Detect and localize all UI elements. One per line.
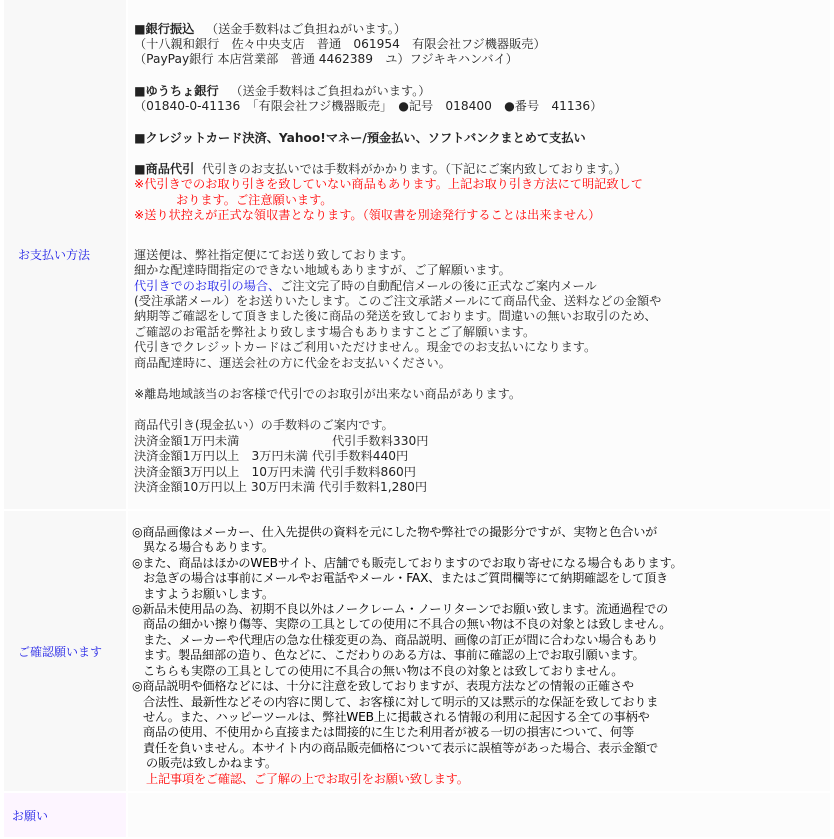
cod-section: ■商品代引 代引きのお支払いでは手数料がかかります。（下記にご案内致しております… <box>134 162 830 224</box>
notice-line: お急ぎの場合は事前にメールやお電話やメール・FAX、またはご質問欄等にて納期確認… <box>132 571 830 586</box>
cod-warning-1: ※代引きでのお取り引きを致していない商品もあります。上記お取り引き方法にて明記致… <box>134 177 830 192</box>
table-row-request: お願い <box>4 793 830 825</box>
postal-bank-note: （送金手数料はご負担ねがいます。） <box>230 84 430 98</box>
notice-line: ますようお願いします。 <box>132 587 830 602</box>
cod-note: 代引きのお支払いでは手数料がかかります。（下記にご案内致しております。） <box>202 162 627 176</box>
cod-warning-1-cont: おります。ご注意願います。 <box>134 193 830 208</box>
shipping-line: 商品配達時に、運送会社の方に代金をお支払いください。 <box>134 356 830 371</box>
postal-account: （01840-0-41136 「有限会社フジ機器販売」 ●記号 018400 ●… <box>134 99 830 114</box>
fee-amount: 代引手数料330円 <box>332 434 428 449</box>
notice-line: ◎新品未使用品の為、初期不良以外はノークレーム・ノーリターンでお願い致します。流… <box>132 602 830 617</box>
shipping-section: 運送便は、弊社指定便にてお送り致しております。 細かな配達時間指定のできない地域… <box>134 248 830 371</box>
notice-line: ◎商品画像はメーカー、仕入先提供の資料を元にした物や弊社での撮影分ですが、実物と… <box>132 525 830 540</box>
notice-line: ます。製品細部の造り、色などに、こだわりのある方は、事前に確認の上でお取引願いま… <box>132 648 830 663</box>
shipping-line: 納期等ご確認をして頂きました後に商品の発送を致しております。間違いの無いお取引の… <box>134 309 830 324</box>
fee-row: 決済金額3万円以上 10万円未満 代引手数料860円 <box>134 465 830 480</box>
fee-row: 決済金額10万円以上 30万円未満 代引手数料1,280円 <box>134 480 830 495</box>
cod-fee-table: 商品代引き(現金払い）の手数料のご案内です。 決済金額1万円未満代引手数料330… <box>134 418 830 495</box>
label-request: お願い <box>4 793 126 825</box>
notice-line: 合法性、最新性などその内容に関して、お客様に対して明示的又は黙示的な保証を致して… <box>132 695 830 710</box>
bank-transfer-section: ■銀行振込 （送金手数料はご負担ねがいます。） （十八親和銀行 佐々中央支店 普… <box>134 22 830 68</box>
fee-row: 決済金額1万円以上 3万円未満 代引手数料440円 <box>134 449 830 464</box>
shipping-line: 細かな配達時間指定のできない地域もありますが、ご了解願います。 <box>134 263 830 278</box>
payment-content: ■銀行振込 （送金手数料はご負担ねがいます。） （十八親和銀行 佐々中央支店 普… <box>128 0 830 509</box>
notice-line: また、メーカーや代理店の急な仕様変更の為、商品説明、画像の訂正が間に合わない場合… <box>132 633 830 648</box>
notice-line: こちらも実際の工具としての使用に不具合の無い物は不良の対象とは致しておりません。 <box>132 664 830 679</box>
fee-range: 決済金額1万円以上 3万円未満 <box>134 449 308 464</box>
notice-line: せん。また、ハッピーツールは、弊社WEB上に掲載される情報の利用に起因する全ての… <box>132 710 830 725</box>
bank-account-1: （十八親和銀行 佐々中央支店 普通 061954 有限会社フジ機器販売） <box>134 37 830 52</box>
shipping-line: ご注文完了時の自動配信メールの後に正式なご案内メール <box>280 279 596 293</box>
postal-bank-title: ■ゆうちょ銀行 <box>134 84 219 98</box>
table-row-payment: お支払い方法 ■銀行振込 （送金手数料はご負担ねがいます。） （十八親和銀行 佐… <box>4 0 830 509</box>
credit-card-title: ■クレジットカード決済、Yahoo!マネー/預金払い、ソフトバンクまとめて支払い <box>134 131 830 146</box>
notice-line: の販売は致しかねます。 <box>132 756 830 771</box>
cod-title: ■商品代引 <box>134 162 194 176</box>
fee-row: 決済金額1万円未満代引手数料330円 <box>134 434 830 449</box>
notice-line: ◎商品説明や価格などには、十分に注意を致しておりますが、表現方法などの情報の正確… <box>132 679 830 694</box>
island-note: ※離島地域該当のお客様で代引でのお取引が出来ない商品があります。 <box>134 387 830 402</box>
shipping-line: ご確認のお電話を弊社より致します場合もありますことご了解願います。 <box>134 325 830 340</box>
shipping-line: 代引きでクレジットカードはご利用いただけません。現金でのお支払いになります。 <box>134 340 830 355</box>
shipping-line: 運送便は、弊社指定便にてお送り致しております。 <box>134 248 830 263</box>
notice-line: ◎また、商品はほかのWEBサイト、店舗でも販売しておりますのでお取り寄せになる場… <box>132 556 830 571</box>
fee-table-title: 商品代引き(現金払い）の手数料のご案内です。 <box>134 418 830 433</box>
fee-range: 決済金額3万円以上 10万円未満 <box>134 465 316 480</box>
fee-range: 決済金額10万円以上 30万円未満 <box>134 480 315 495</box>
request-content <box>128 793 830 825</box>
shipping-line: (受注承諾メール）をお送りいたします。このご注文承諾メールにて商品代金、送料など… <box>134 294 830 309</box>
notice-line: 責任を負いません。本サイト内の商品販売価格について表示に誤植等があった場合、表示… <box>132 741 830 756</box>
cod-link-text: 代引きでのお取引の場合、 <box>134 279 280 293</box>
cod-warning-2: ※送り状控えが正式な領収書となります。（領収書を別途発行することは出来ません） <box>134 208 830 223</box>
postal-bank-section: ■ゆうちょ銀行 （送金手数料はご負担ねがいます。） （01840-0-41136… <box>134 84 830 115</box>
notice-line: 異なる場合もあります。 <box>132 540 830 555</box>
label-please-confirm: ご確認願います <box>4 511 126 791</box>
fee-amount: 代引手数料860円 <box>320 465 416 480</box>
notice-line: 商品の細かい擦り傷等、実際の工具としての使用に不具合の無い物は不良の対象とは致し… <box>132 617 830 632</box>
fee-range: 決済金額1万円未満 <box>134 434 332 449</box>
table-row-confirm: ご確認願います ◎商品画像はメーカー、仕入先提供の資料を元にした物や弊社での撮影… <box>4 511 830 791</box>
bank-account-2: （PayPay銀行 本店営業部 普通 4462389 ユ）フジキキハンバイ） <box>134 52 830 67</box>
info-table: お支払い方法 ■銀行振込 （送金手数料はご負担ねがいます。） （十八親和銀行 佐… <box>2 0 832 825</box>
bank-transfer-note: （送金手数料はご負担ねがいます。） <box>206 22 406 36</box>
fee-amount: 代引手数料440円 <box>312 449 408 464</box>
fee-amount: 代引手数料1,280円 <box>319 480 427 495</box>
confirm-content: ◎商品画像はメーカー、仕入先提供の資料を元にした物や弊社での撮影分ですが、実物と… <box>128 511 830 791</box>
bank-transfer-title: ■銀行振込 <box>134 22 194 36</box>
notice-line: 商品の使用、不使用から直接または間接的に生じた利用者が被る一切の損害について、何… <box>132 725 830 740</box>
closing-notice: 上記事項をご確認、ご了解の上でお取引をお願い致します。 <box>132 772 830 787</box>
label-payment-method: お支払い方法 <box>4 0 126 509</box>
